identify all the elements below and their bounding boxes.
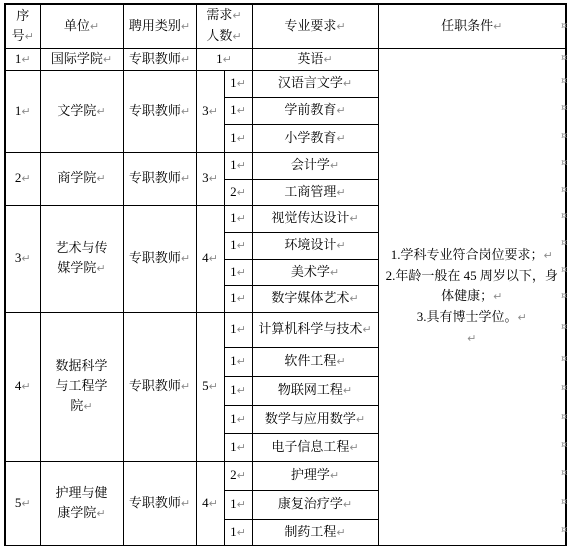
row-end-marker-icon: ¤ — [561, 412, 567, 423]
major-count-cell: 1↵ — [224, 405, 252, 433]
major-count-cell: 1↵ — [224, 285, 252, 312]
paragraph-mark-icon: ↵ — [349, 292, 358, 305]
row-end-marker-icon: ¤ — [561, 265, 567, 276]
paragraph-mark-icon: ↵ — [21, 53, 30, 66]
row-end-marker-icon: ¤ — [561, 525, 567, 536]
paragraph-mark-icon: ↵ — [21, 380, 30, 393]
paragraph-mark-icon: ↵ — [96, 262, 105, 275]
paragraph-mark-icon: ↵ — [181, 172, 190, 185]
paragraph-mark-icon: ↵ — [181, 105, 190, 118]
paragraph-mark-icon: ↵ — [181, 497, 190, 510]
paragraph-mark-icon: ↵ — [237, 384, 246, 397]
paragraph-mark-icon: ↵ — [237, 526, 246, 539]
paragraph-mark-icon: ↵ — [90, 20, 99, 33]
index-cell: 3↵ — [5, 205, 40, 312]
paragraph-mark-icon: ↵ — [209, 252, 218, 265]
row-end-marker-icon: ¤ — [561, 291, 567, 302]
row-end-marker-icon: ¤ — [561, 497, 567, 508]
major-name-cell: 制药工程↵ — [252, 519, 378, 546]
paragraph-mark-icon: ↵ — [21, 497, 30, 510]
paragraph-mark-icon: ↵ — [237, 413, 246, 426]
major-count-cell: 1↵ — [224, 433, 252, 461]
major-name-cell: 计算机科学与技术↵ — [252, 312, 378, 347]
paragraph-mark-icon: ↵ — [330, 469, 339, 482]
paragraph-mark-icon: ↵ — [237, 186, 246, 199]
table-row: 1↵ 国际学院↵ 专职教师↵ 1↵ 英语↵ 1.学科专业符合岗位要求；↵2.年龄… — [5, 48, 566, 70]
paragraph-mark-icon: ↵ — [336, 355, 345, 368]
paragraph-mark-icon: ↵ — [336, 526, 345, 539]
paragraph-mark-icon: ↵ — [336, 104, 345, 117]
major-count-cell: 1↵ — [224, 347, 252, 376]
category-cell: 专职教师↵ — [123, 152, 196, 205]
row-end-marker-icon: ¤ — [561, 21, 567, 32]
paragraph-mark-icon: ↵ — [349, 441, 358, 454]
major-count-cell: 1↵ — [224, 259, 252, 285]
major-name-cell: 视觉传达设计↵ — [252, 205, 378, 232]
paragraph-mark-icon: ↵ — [493, 290, 502, 303]
paragraph-mark-icon: ↵ — [237, 355, 246, 368]
unit-cell: 商学院↵ — [40, 152, 123, 205]
paragraph-mark-icon: ↵ — [96, 507, 105, 520]
paragraph-mark-icon: ↵ — [232, 30, 241, 43]
paragraph-mark-icon: ↵ — [330, 159, 339, 172]
paragraph-mark-icon: ↵ — [237, 159, 246, 172]
paragraph-mark-icon: ↵ — [237, 266, 246, 279]
major-name-cell: 学前教育↵ — [252, 97, 378, 124]
paragraph-mark-icon: ↵ — [343, 384, 352, 397]
major-name-cell: 数学与应用数学↵ — [252, 405, 378, 433]
row-end-marker-icon: ¤ — [561, 131, 567, 142]
category-cell: 专职教师↵ — [123, 312, 196, 461]
major-count-cell: 1↵ — [224, 490, 252, 519]
paragraph-mark-icon: ↵ — [209, 172, 218, 185]
paragraph-mark-icon: ↵ — [237, 239, 246, 252]
paragraph-mark-icon: ↵ — [493, 20, 502, 33]
index-cell: 1↵ — [5, 48, 40, 70]
unit-cell: 护理与健康学院↵ — [40, 461, 123, 546]
paragraph-mark-icon: ↵ — [336, 132, 345, 145]
row-end-marker-icon: ¤ — [561, 440, 567, 451]
major-name-cell: 康复治疗学↵ — [252, 490, 378, 519]
paragraph-mark-icon: ↵ — [237, 323, 246, 336]
paragraph-mark-icon: ↵ — [237, 212, 246, 225]
paragraph-mark-icon: ↵ — [237, 132, 246, 145]
header-cell-index: 序号↵ — [5, 4, 40, 48]
paragraph-mark-icon: ↵ — [330, 266, 339, 279]
row-end-marker-icon: ¤ — [561, 76, 567, 87]
paragraph-mark-icon: ↵ — [237, 292, 246, 305]
paragraph-mark-icon: ↵ — [181, 380, 190, 393]
total-count-cell: 4↵ — [196, 205, 224, 312]
conditions-cell: 1.学科专业符合岗位要求；↵2.年龄一般在 45 周岁以下，身体健康；↵3.具有… — [378, 48, 566, 546]
paragraph-mark-icon: ↵ — [237, 498, 246, 511]
major-name-cell: 物联网工程↵ — [252, 376, 378, 405]
row-end-marker-icon: ¤ — [561, 322, 567, 333]
paragraph-mark-icon: ↵ — [223, 53, 232, 66]
paragraph-mark-icon: ↵ — [21, 252, 30, 265]
row-end-marker-icon: ¤ — [561, 158, 567, 169]
major-count-cell: 2↵ — [224, 461, 252, 490]
paragraph-mark-icon: ↵ — [362, 323, 371, 336]
major-count-cell: 1↵ — [224, 312, 252, 347]
paragraph-mark-icon: ↵ — [518, 311, 527, 324]
paragraph-mark-icon: ↵ — [336, 20, 345, 33]
paragraph-mark-icon: ↵ — [181, 252, 190, 265]
paragraph-mark-icon: ↵ — [209, 105, 218, 118]
category-cell: 专职教师↵ — [123, 461, 196, 546]
major-name-cell: 环境设计↵ — [252, 232, 378, 259]
row-end-marker-icon: ¤ — [561, 238, 567, 249]
major-count-cell: 1↵ — [224, 70, 252, 97]
paragraph-mark-icon: ↵ — [343, 77, 352, 90]
major-name-cell: 会计学↵ — [252, 152, 378, 179]
header-cell-demand: 需求↵人数↵ — [196, 4, 252, 48]
unit-cell: 数据科学与工程学院↵ — [40, 312, 123, 461]
category-cell: 专职教师↵ — [123, 205, 196, 312]
category-cell: 专职教师↵ — [123, 70, 196, 152]
major-count-cell: 1↵ — [224, 152, 252, 179]
major-name-cell: 护理学↵ — [252, 461, 378, 490]
row-end-marker-icon: ¤ — [561, 354, 567, 365]
total-count-cell: 1↵ — [196, 48, 252, 70]
row-end-marker-icon: ¤ — [561, 468, 567, 479]
total-count-cell: 3↵ — [196, 70, 224, 152]
major-count-cell: 1↵ — [224, 232, 252, 259]
paragraph-mark-icon: ↵ — [209, 497, 218, 510]
paragraph-mark-icon: ↵ — [544, 249, 553, 262]
header-cell-major: 专业要求↵ — [252, 4, 378, 48]
index-cell: 4↵ — [5, 312, 40, 461]
paragraph-mark-icon: ↵ — [349, 212, 358, 225]
paragraph-mark-icon: ↵ — [343, 498, 352, 511]
major-name-cell: 数字媒体艺术↵ — [252, 285, 378, 312]
paragraph-mark-icon: ↵ — [103, 53, 112, 66]
paragraph-mark-icon: ↵ — [323, 53, 332, 66]
paragraph-mark-icon: ↵ — [237, 77, 246, 90]
index-cell: 2↵ — [5, 152, 40, 205]
paragraph-mark-icon: ↵ — [83, 400, 92, 413]
paragraph-mark-icon: ↵ — [181, 20, 190, 33]
major-name-cell: 电子信息工程↵ — [252, 433, 378, 461]
major-name-cell: 软件工程↵ — [252, 347, 378, 376]
paragraph-mark-icon: ↵ — [96, 172, 105, 185]
unit-cell: 艺术与传媒学院↵ — [40, 205, 123, 312]
major-name-cell: 工商管理↵ — [252, 179, 378, 205]
recruitment-table: 序号↵ 单位↵ 聘用类别↵ 需求↵人数↵ 专业要求↵ 任职条件↵ 1↵ 国际学院… — [4, 3, 567, 546]
paragraph-mark-icon: ↵ — [356, 413, 365, 426]
paragraph-mark-icon: ↵ — [336, 186, 345, 199]
total-count-cell: 5↵ — [196, 312, 224, 461]
paragraph-mark-icon: ↵ — [96, 105, 105, 118]
index-cell: 1↵ — [5, 70, 40, 152]
major-count-cell: 1↵ — [224, 519, 252, 546]
major-count-cell: 1↵ — [224, 97, 252, 124]
index-cell: 5↵ — [5, 461, 40, 546]
document-page: 序号↵ 单位↵ 聘用类别↵ 需求↵人数↵ 专业要求↵ 任职条件↵ 1↵ 国际学院… — [0, 0, 569, 546]
paragraph-mark-icon: ↵ — [232, 9, 241, 22]
unit-cell: 文学院↵ — [40, 70, 123, 152]
row-end-marker-icon: ¤ — [561, 53, 567, 64]
category-cell: 专职教师↵ — [123, 48, 196, 70]
total-count-cell: 4↵ — [196, 461, 224, 546]
paragraph-mark-icon: ↵ — [237, 441, 246, 454]
paragraph-mark-icon: ↵ — [237, 104, 246, 117]
major-count-cell: 1↵ — [224, 124, 252, 152]
row-end-marker-icon: ¤ — [561, 103, 567, 114]
paragraph-mark-icon: ↵ — [25, 30, 34, 43]
header-cell-category: 聘用类别↵ — [123, 4, 196, 48]
paragraph-mark-icon: ↵ — [467, 332, 476, 345]
row-end-marker-icon: ¤ — [561, 383, 567, 394]
paragraph-mark-icon: ↵ — [336, 239, 345, 252]
paragraph-mark-icon: ↵ — [209, 380, 218, 393]
paragraph-mark-icon: ↵ — [237, 469, 246, 482]
header-cell-unit: 单位↵ — [40, 4, 123, 48]
row-end-marker-icon: ¤ — [561, 185, 567, 196]
row-end-marker-icon: ¤ — [561, 211, 567, 222]
header-cell-conditions: 任职条件↵ — [378, 4, 566, 48]
major-count-cell: 1↵ — [224, 205, 252, 232]
unit-cell: 国际学院↵ — [40, 48, 123, 70]
major-count-cell: 2↵ — [224, 179, 252, 205]
major-name-cell: 美术学↵ — [252, 259, 378, 285]
paragraph-mark-icon: ↵ — [21, 105, 30, 118]
major-name-cell: 英语↵ — [252, 48, 378, 70]
total-count-cell: 3↵ — [196, 152, 224, 205]
paragraph-mark-icon: ↵ — [181, 53, 190, 66]
major-name-cell: 汉语言文学↵ — [252, 70, 378, 97]
major-count-cell: 1↵ — [224, 376, 252, 405]
major-name-cell: 小学教育↵ — [252, 124, 378, 152]
paragraph-mark-icon: ↵ — [21, 172, 30, 185]
